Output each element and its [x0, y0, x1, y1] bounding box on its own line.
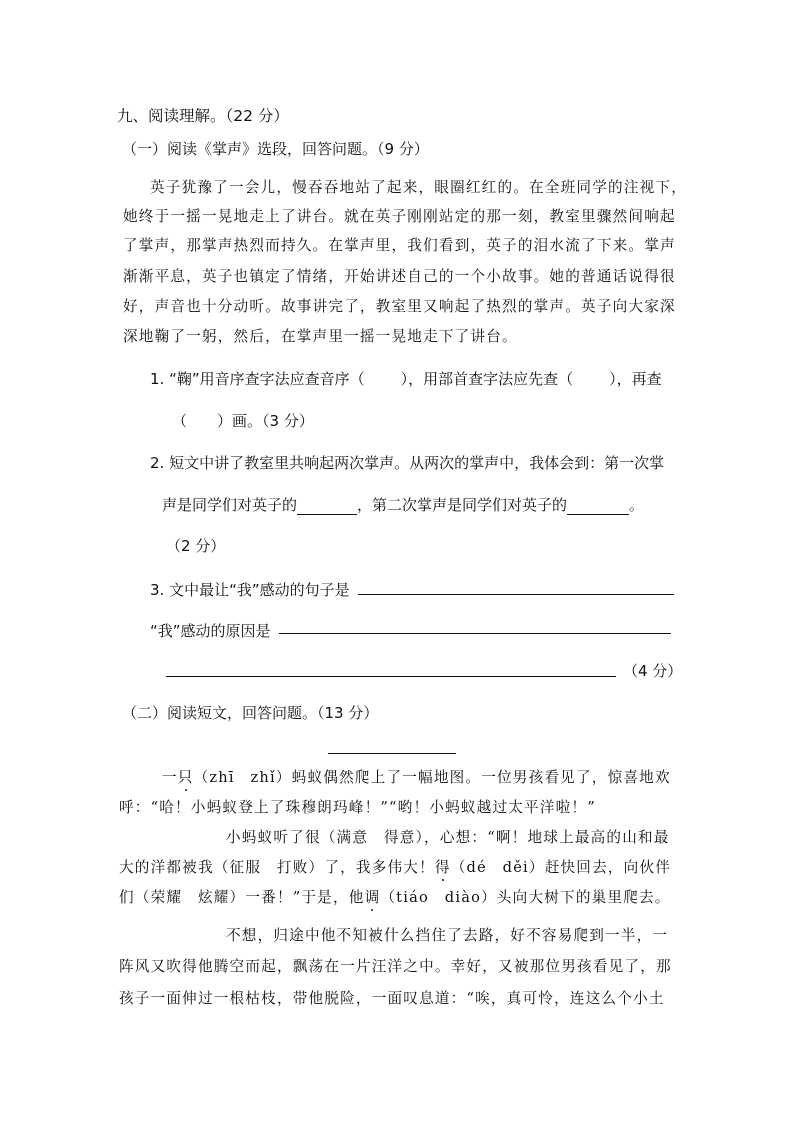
part2-heading: （二）阅读短文，回答问题。（13 分） [122, 702, 378, 723]
q2-answer-blank-2[interactable] [567, 496, 629, 515]
passage-line: 深地鞠了一躬，然后，在掌声里一摇一晃地走下了讲台。 [123, 325, 518, 346]
text: （dé děi）赶快回去，向伙伴 [451, 859, 671, 876]
text: 大的洋都被我（征服 打败）了，我多伟大！ [119, 859, 435, 876]
passage-line: 好，声音也十分动听。故事讲完了，教室里又响起了热烈的掌声。英子向大家深 [123, 295, 676, 316]
passage-line: 孩子一面伸过一根枯枝，带他脱险，一面叹息道：“唉，真可怜，连这么个小土 [119, 987, 665, 1008]
question-2-line-2: 声是同学们对英子的 ，第二次掌声是同学们对英子的 。 [162, 494, 644, 515]
q3-answer-line-1[interactable] [358, 594, 674, 595]
dotted-char: 得 [435, 859, 451, 876]
passage-line: 呼：“哈！小蚂蚁登上了珠穆朗玛峰！”“哟！小蚂蚁越过太平洋啦！” [119, 796, 596, 817]
passage-line: 阵风又吹得他腾空而起，飘荡在一片汪洋之中。幸好，又被那位男孩看见了，那 [119, 955, 672, 976]
q2-text-b: ，第二次掌声是同学们对英子的 [357, 496, 567, 514]
passage-line: 她终于一摇一晃地走上了讲台。就在英子刚刚站定的那一刻，教室里骤然间响起 [123, 205, 676, 226]
question-1-line-2: （）画。（3 分） [172, 410, 314, 431]
question-2-line-1: 2. 短文中讲了教室里共响起两次掌声。从两次的掌声中，我体会到：第一次掌 [150, 452, 664, 473]
text: （tiáo diào）头向大树下的巢里爬去。 [380, 889, 670, 906]
question-3-score: （4 分） [623, 660, 682, 681]
q1-text-d: （ [172, 412, 187, 430]
text: （zhī zhǐ）蚂蚁偶然爬上了一幅地图。一位男孩看见了，惊喜地欢 [194, 769, 671, 786]
question-1-line-1: 1. “鞠”用音序查字法应查音序（），用部首查字法应先查（），再查 [150, 368, 662, 389]
q2-text-c: 。 [629, 496, 644, 514]
dotted-char: 只 [178, 769, 194, 786]
section-title: 九、阅读理解。（22 分） [117, 104, 289, 126]
text: 们（荣耀 炫耀）一番！”于是，他 [119, 889, 365, 906]
passage-line: 不想，归途中他不知被什么挡住了去路，好不容易爬到一半，一 [226, 924, 668, 945]
passage-title-blank[interactable] [328, 753, 456, 754]
part1-heading: （一）阅读《掌声》选段，回答问题。（9 分） [122, 138, 429, 159]
passage-line: 渐渐平息，英子也镇定了情绪，开始讲述自己的一个小故事。她的普通话说得很 [123, 265, 676, 286]
question-3-line-1: 3. 文中最让“我”感动的句子是 [150, 579, 350, 600]
text: 一 [162, 769, 178, 786]
q3-answer-line-2[interactable] [279, 633, 671, 634]
passage-line: 小蚂蚁听了很（满意 得意），心想：“啊！地球上最高的山和最 [226, 826, 670, 847]
q2-answer-blank-1[interactable] [297, 496, 357, 515]
passage-line: 大的洋都被我（征服 打败）了，我多伟大！得（dé děi）赶快回去，向伙伴 [119, 856, 671, 877]
passage-line: 一只（zhī zhǐ）蚂蚁偶然爬上了一幅地图。一位男孩看见了，惊喜地欢 [162, 766, 671, 787]
q1-text-b: ），用部首查字法应先查（ [401, 370, 574, 388]
dotted-char: 调 [365, 889, 381, 906]
q3-answer-line-3[interactable] [166, 676, 616, 677]
q1-text-a: 1. “鞠”用音序查字法应查音序（ [150, 370, 365, 388]
q1-text-e: ）画。（3 分） [217, 412, 314, 430]
passage-line: 英子犹豫了一会儿，慢吞吞地站了起来，眼圈红红的。在全班同学的注视下， [150, 176, 687, 197]
question-3-line-2: “我”感动的原因是 [150, 620, 271, 641]
passage-line: 了掌声，那掌声热烈而持久。在掌声里，我们看到，英子的泪水流了下来。掌声 [123, 234, 676, 255]
q1-text-c: ），再查 [609, 370, 662, 388]
question-2-score: （2 分） [166, 535, 225, 556]
q2-text-a: 声是同学们对英子的 [162, 496, 297, 514]
passage-line: 们（荣耀 炫耀）一番！”于是，他调（tiáo diào）头向大树下的巢里爬去。 [119, 886, 671, 907]
